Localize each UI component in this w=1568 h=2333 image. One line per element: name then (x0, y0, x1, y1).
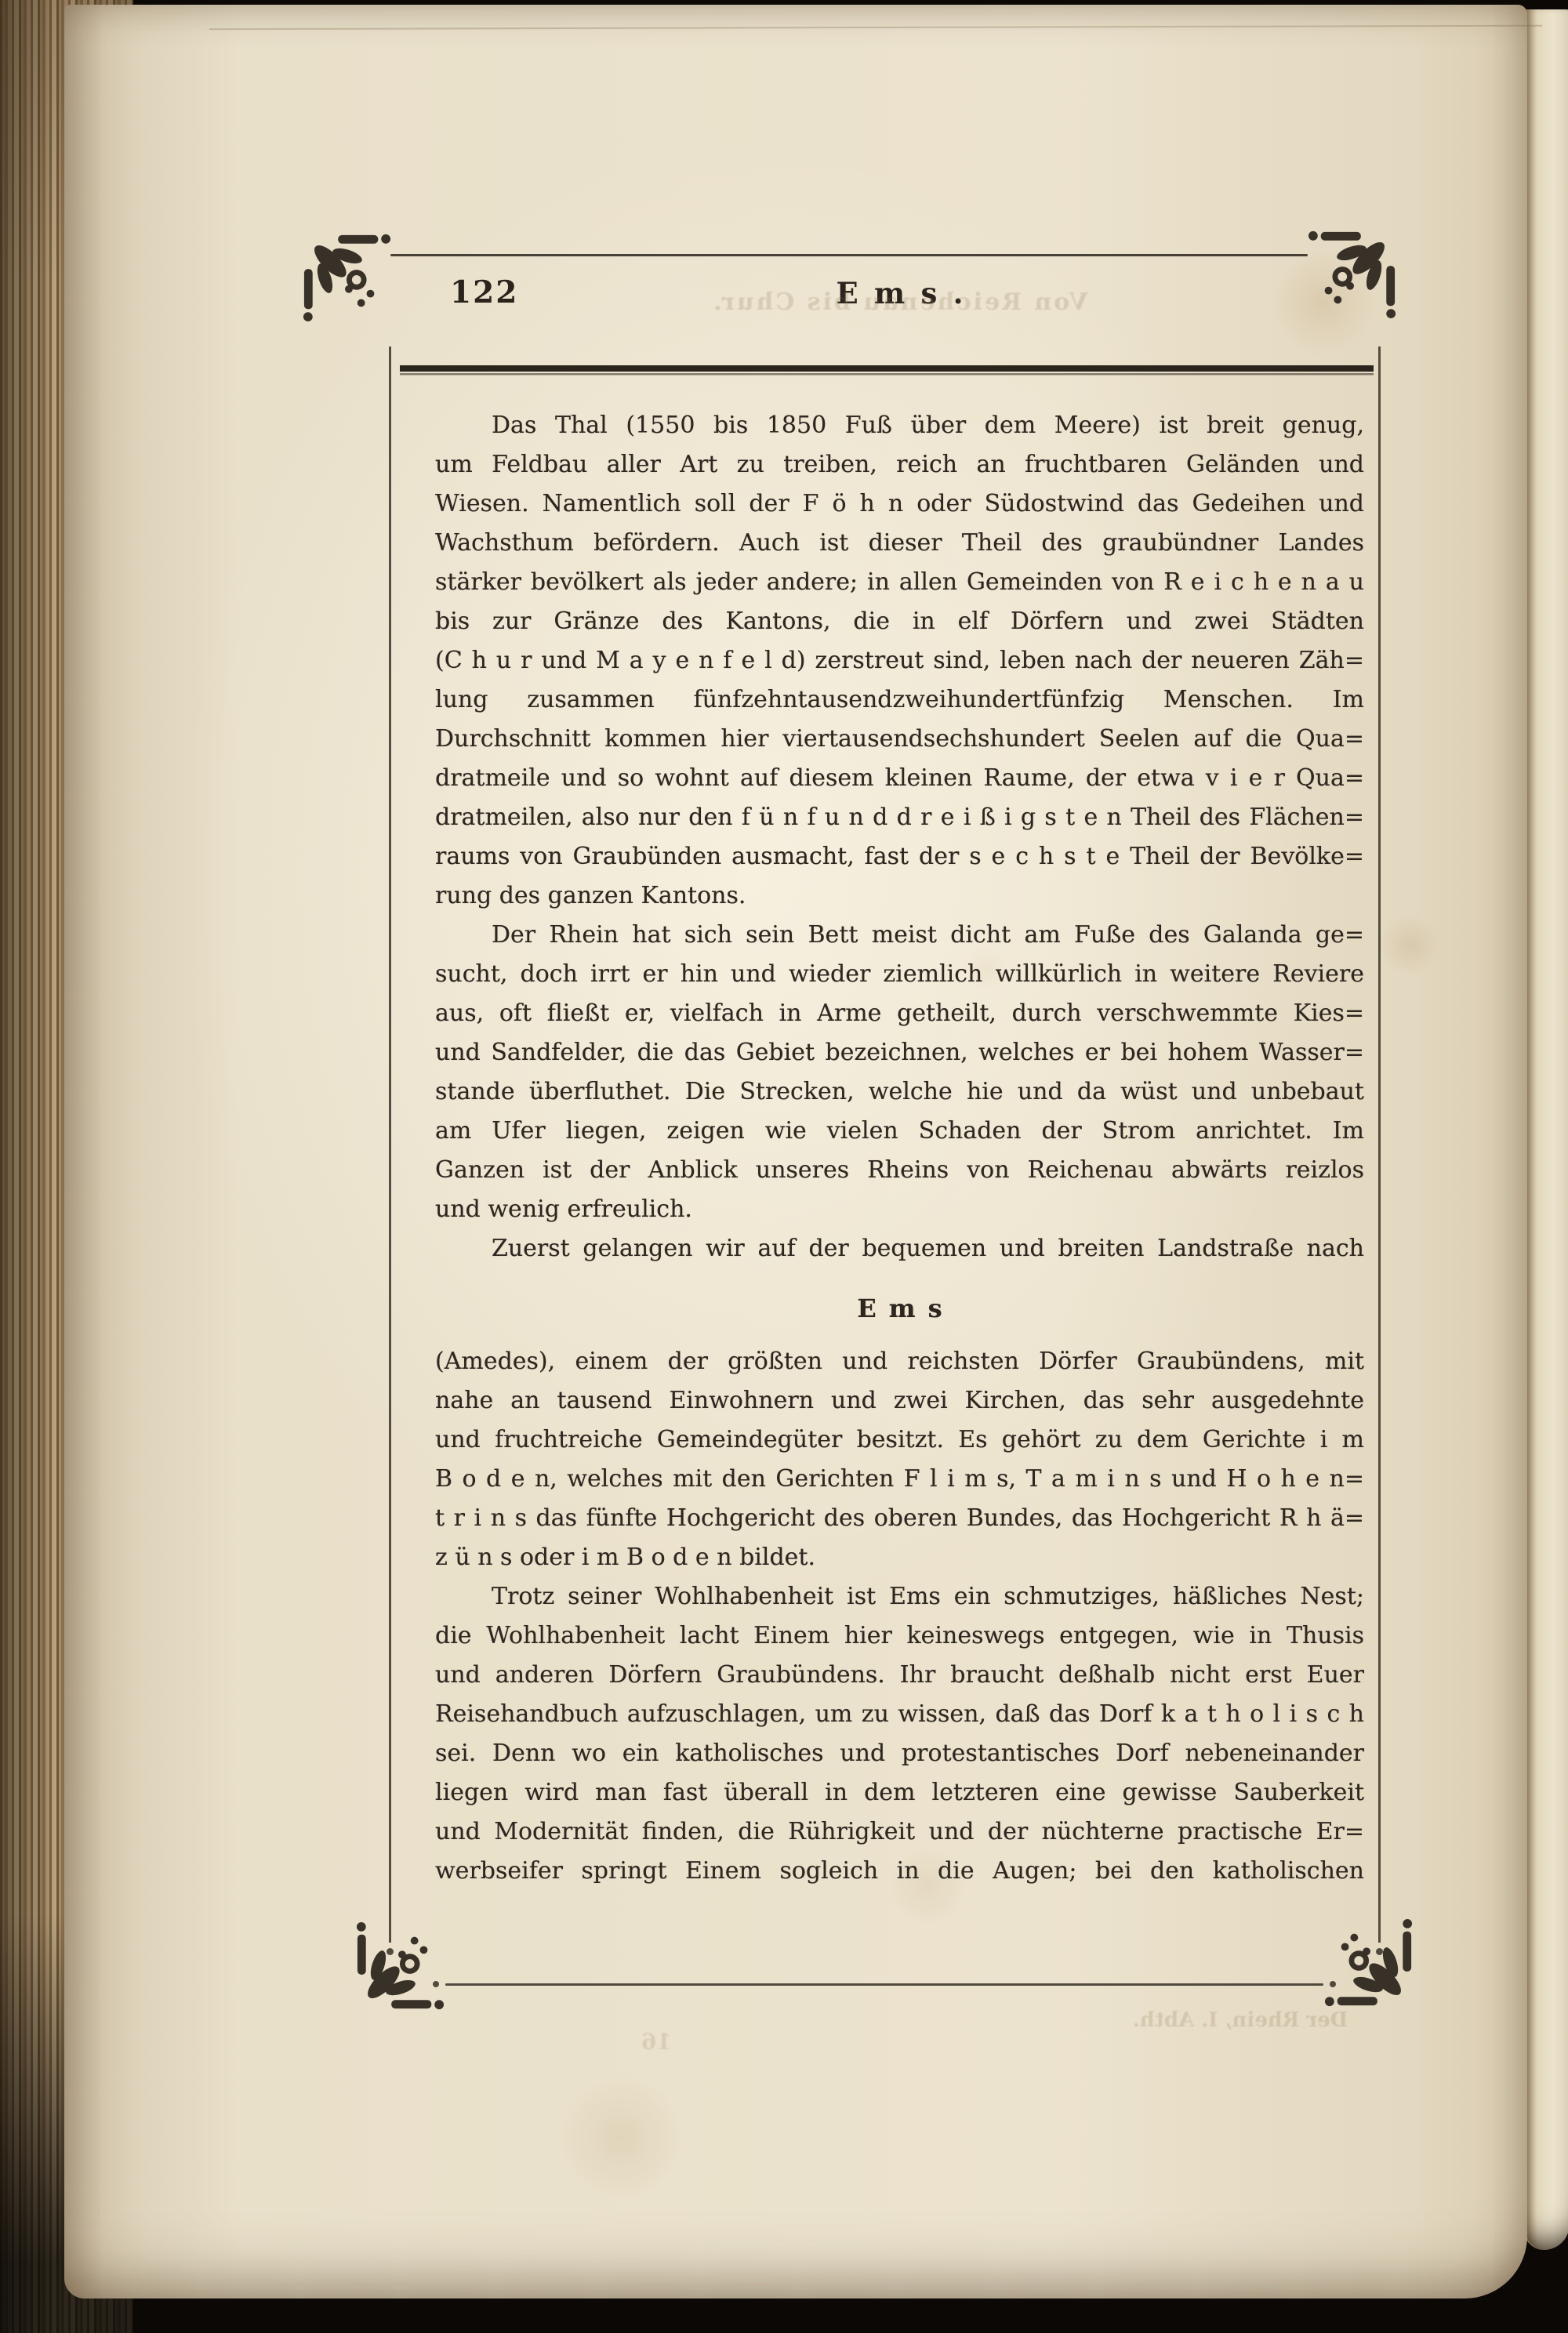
paper-crease (209, 25, 1542, 30)
text-line: werbseifer springt Einem sogleich in die… (435, 1852, 1364, 1891)
text-line: und wenig erfreulich. (435, 1190, 1364, 1229)
text-border-left (389, 347, 391, 1943)
text-line: dratmeile und so wohnt auf diesem kleine… (435, 759, 1364, 798)
text-line: raums von Graubünden ausmacht, fast der … (435, 837, 1364, 876)
text-line: bis zur Gränze des Kantons, die in elf D… (435, 602, 1364, 641)
text-border-right (1378, 347, 1381, 1943)
section-heading: Ems (435, 1289, 1364, 1328)
text-line: (Amedes), einem der größten und reichste… (435, 1342, 1364, 1381)
text-line: (C h u r und M a y e n f e l d) zerstreu… (435, 641, 1364, 680)
showthrough-signature-title: Der Rhein, I. Abth. (1107, 2008, 1374, 2032)
corner-ornament-bottom-left-icon (353, 1921, 445, 2013)
text-line: um Feldbau aller Art zu treiben, reich a… (435, 445, 1364, 484)
text-line: Zuerst gelangen wir auf der bequemen und… (435, 1229, 1364, 1268)
text-line: dratmeilen, also nur den f ü n f u n d d… (435, 798, 1364, 837)
text-line: z ü n s oder i m B o d e n bildet. (435, 1538, 1364, 1577)
next-page-edge (1524, 9, 1568, 2250)
text-line: Ganzen ist der Anblick unseres Rheins vo… (435, 1151, 1364, 1190)
text-line: Reisehandbuch aufzuschlagen, um zu wisse… (435, 1695, 1364, 1734)
text-line: sei. Denn wo ein katholisches und protes… (435, 1734, 1364, 1773)
text-line: Das Thal (1550 bis 1850 Fuß über dem Mee… (435, 406, 1364, 445)
text-line: sucht, doch irrt er hin und wieder zieml… (435, 955, 1364, 994)
text-line: stärker bevölkert als jeder andere; in a… (435, 563, 1364, 602)
text-line: am Ufer liegen, zeigen wie vielen Schade… (435, 1112, 1364, 1151)
header-rule (390, 254, 1308, 256)
text-line: aus, oft fließt er, vielfach in Arme get… (435, 994, 1364, 1033)
footer-rule (445, 1983, 1323, 1986)
text-line: und fruchtreiche Gemeindegüter besitzt. … (435, 1420, 1364, 1460)
corner-ornament-top-left-icon (299, 230, 392, 323)
text-line: liegen wird man fast überall in dem letz… (435, 1773, 1364, 1812)
text-line: rung des ganzen Kantons. (435, 876, 1364, 916)
body-text: Das Thal (1550 bis 1850 Fuß über dem Mee… (435, 406, 1364, 1891)
scanned-book-page: 122 Ems. Von Reichenau bis Chur. Das Tha… (64, 5, 1527, 2299)
text-line: die Wohlhabenheit lacht Einem hier keine… (435, 1616, 1364, 1656)
text-line: Wiesen. Namentlich soll der F ö h n oder… (435, 484, 1364, 524)
text-line: Wachsthum befördern. Auch ist dieser The… (435, 524, 1364, 563)
text-line: Der Rhein hat sich sein Bett meist dicht… (435, 916, 1364, 955)
text-line: und Sandfelder, die das Gebiet bezeichne… (435, 1033, 1364, 1072)
showthrough-running-head: Von Reichenau bis Chur. (435, 288, 1364, 316)
header-double-rule (400, 365, 1374, 376)
text-line: und Modernität finden, die Rührigkeit un… (435, 1812, 1364, 1852)
text-line: stande überfluthet. Die Strecken, welche… (435, 1072, 1364, 1112)
showthrough-signature-number: 16 (641, 2029, 672, 2055)
corner-ornament-bottom-right-icon (1323, 1918, 1416, 2010)
text-line: lung zusammen fünfzehntausendzweihundert… (435, 680, 1364, 720)
text-line: Durchschnitt kommen hier viertausendsech… (435, 720, 1364, 759)
text-line: und anderen Dörfern Graubündens. Ihr bra… (435, 1656, 1364, 1695)
text-line: B o d e n, welches mit den Gerichten F l… (435, 1460, 1364, 1499)
text-line: nahe an tausend Einwohnern und zwei Kirc… (435, 1381, 1364, 1420)
text-line: t r i n s das fünfte Hochgericht des obe… (435, 1499, 1364, 1538)
text-line: Trotz seiner Wohlhabenheit ist Ems ein s… (435, 1577, 1364, 1616)
